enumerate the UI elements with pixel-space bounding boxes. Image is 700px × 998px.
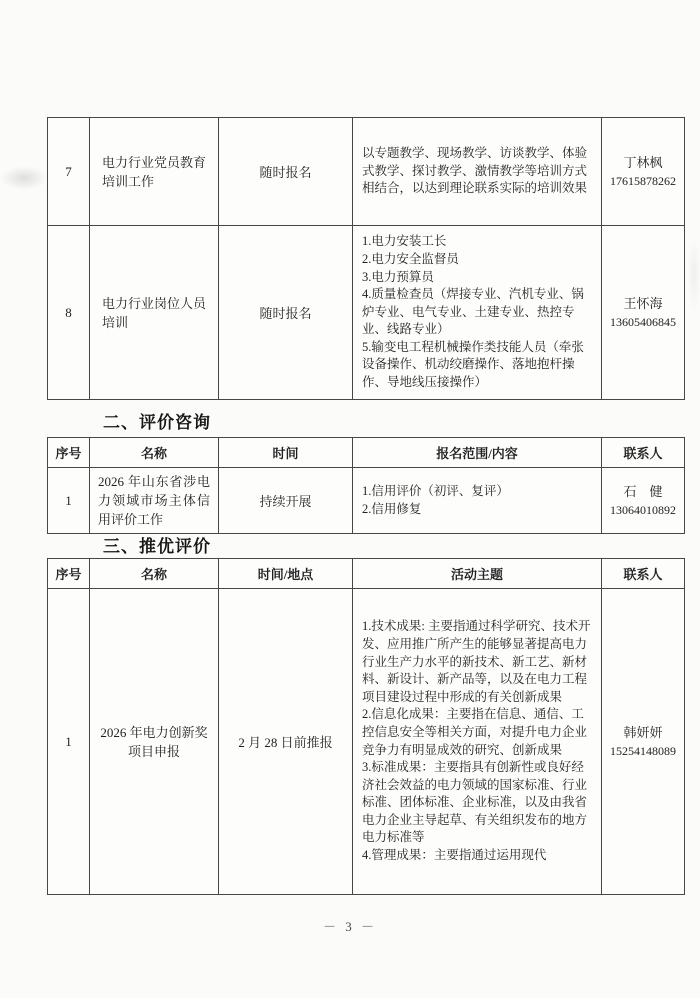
content-item: 4.管理成果：主要指通过运用现代	[362, 847, 596, 865]
contact-phone: 15254148089	[604, 742, 682, 761]
page-number: － 3 －	[0, 916, 700, 935]
section-heading-promotion: 三、推优评价	[103, 532, 211, 557]
header-scope: 报名范围/内容	[353, 438, 602, 468]
seq-cell: 1	[48, 468, 90, 534]
contact-cell: 丁林枫 17615878262	[602, 118, 685, 226]
time-cell: 持续开展	[219, 468, 353, 534]
header-seq: 序号	[48, 559, 90, 589]
table-header-row: 序号 名称 时间 报名范围/内容 联系人	[48, 438, 685, 468]
content-cell: 1.技术成果: 主要指通过科学研究、技术开发、应用推广所产生的能够显著提高电力行…	[353, 589, 602, 895]
contact-name: 韩妍妍	[604, 723, 682, 742]
document-page: 7 电力行业党员教育培训工作 随时报名 以专题教学、现场教学、访谈教学、体验式教…	[0, 0, 700, 998]
name-cell: 2026 年电力创新奖项目申报	[90, 589, 219, 895]
content-item: 1.电力安装工长	[362, 233, 596, 251]
table-row: 1 2026 年山东省涉电力领域市场主体信用评价工作 持续开展 1.信用评价（初…	[48, 468, 685, 534]
contact-name: 石 健	[604, 482, 682, 501]
content-item: 3.标准成果：主要指具有创新性或良好经济社会效益的电力领域的国家标准、行业标准、…	[362, 759, 596, 847]
content-item: 1.技术成果: 主要指通过科学研究、技术开发、应用推广所产生的能够显著提高电力行…	[362, 618, 596, 706]
content-cell: 1.信用评价（初评、复评） 2.信用修复	[353, 468, 602, 534]
name-cell: 电力行业岗位人员培训	[90, 226, 219, 400]
contact-phone: 13605406845	[604, 313, 682, 332]
evaluation-table: 序号 名称 时间 报名范围/内容 联系人 1 2026 年山东省涉电力领域市场主…	[47, 437, 685, 534]
time-cell: 随时报名	[219, 226, 353, 400]
header-contact: 联系人	[602, 438, 685, 468]
table-row: 7 电力行业党员教育培训工作 随时报名 以专题教学、现场教学、访谈教学、体验式教…	[48, 118, 685, 226]
contact-phone: 17615878262	[604, 172, 682, 191]
section-heading-evaluation: 二、评价咨询	[103, 408, 211, 433]
content-item: 4.质量检查员（焊接专业、汽机专业、锅炉专业、电气专业、土建专业、热控专业、线路…	[362, 286, 596, 339]
scan-smudge	[0, 166, 48, 190]
time-cell: 2 月 28 日前推报	[219, 589, 353, 895]
content-item: 2.信息化成果：主要指在信息、通信、工控信息安全等相关方面，对提升电力企业竞争力…	[362, 706, 596, 759]
contact-name: 王怀海	[604, 294, 682, 313]
scan-smudge	[688, 240, 700, 310]
time-cell: 随时报名	[219, 118, 353, 226]
contact-phone: 13064010892	[604, 501, 682, 520]
header-seq: 序号	[48, 438, 90, 468]
content-cell: 1.电力安装工长 2.电力安全监督员 3.电力预算员 4.质量检查员（焊接专业、…	[353, 226, 602, 400]
header-name: 名称	[90, 438, 219, 468]
content-item: 1.信用评价（初评、复评）	[362, 483, 596, 501]
header-theme: 活动主题	[353, 559, 602, 589]
header-time-place: 时间/地点	[219, 559, 353, 589]
promotion-table: 序号 名称 时间/地点 活动主题 联系人 1 2026 年电力创新奖项目申报 2…	[47, 558, 685, 895]
content-item: 2.信用修复	[362, 501, 596, 519]
table-header-row: 序号 名称 时间/地点 活动主题 联系人	[48, 559, 685, 589]
training-table: 7 电力行业党员教育培训工作 随时报名 以专题教学、现场教学、访谈教学、体验式教…	[47, 117, 685, 400]
contact-cell: 韩妍妍 15254148089	[602, 589, 685, 895]
content-item: 3.电力预算员	[362, 269, 596, 287]
header-contact: 联系人	[602, 559, 685, 589]
name-cell: 电力行业党员教育培训工作	[90, 118, 219, 226]
seq-cell: 1	[48, 589, 90, 895]
table-row: 1 2026 年电力创新奖项目申报 2 月 28 日前推报 1.技术成果: 主要…	[48, 589, 685, 895]
content-item: 2.电力安全监督员	[362, 251, 596, 269]
content-item: 以专题教学、现场教学、访谈教学、体验式教学、探讨教学、激情教学等培训方式相结合，…	[362, 145, 596, 198]
contact-cell: 王怀海 13605406845	[602, 226, 685, 400]
content-cell: 以专题教学、现场教学、访谈教学、体验式教学、探讨教学、激情教学等培训方式相结合，…	[353, 118, 602, 226]
contact-cell: 石 健 13064010892	[602, 468, 685, 534]
table-row: 8 电力行业岗位人员培训 随时报名 1.电力安装工长 2.电力安全监督员 3.电…	[48, 226, 685, 400]
seq-cell: 7	[48, 118, 90, 226]
header-time: 时间	[219, 438, 353, 468]
contact-name: 丁林枫	[604, 153, 682, 172]
seq-cell: 8	[48, 226, 90, 400]
name-cell: 2026 年山东省涉电力领域市场主体信用评价工作	[90, 468, 219, 534]
content-item: 5.输变电工程机械操作类技能人员（牵张设备操作、机动绞磨操作、落地抱杆操作、导地…	[362, 339, 596, 392]
header-name: 名称	[90, 559, 219, 589]
